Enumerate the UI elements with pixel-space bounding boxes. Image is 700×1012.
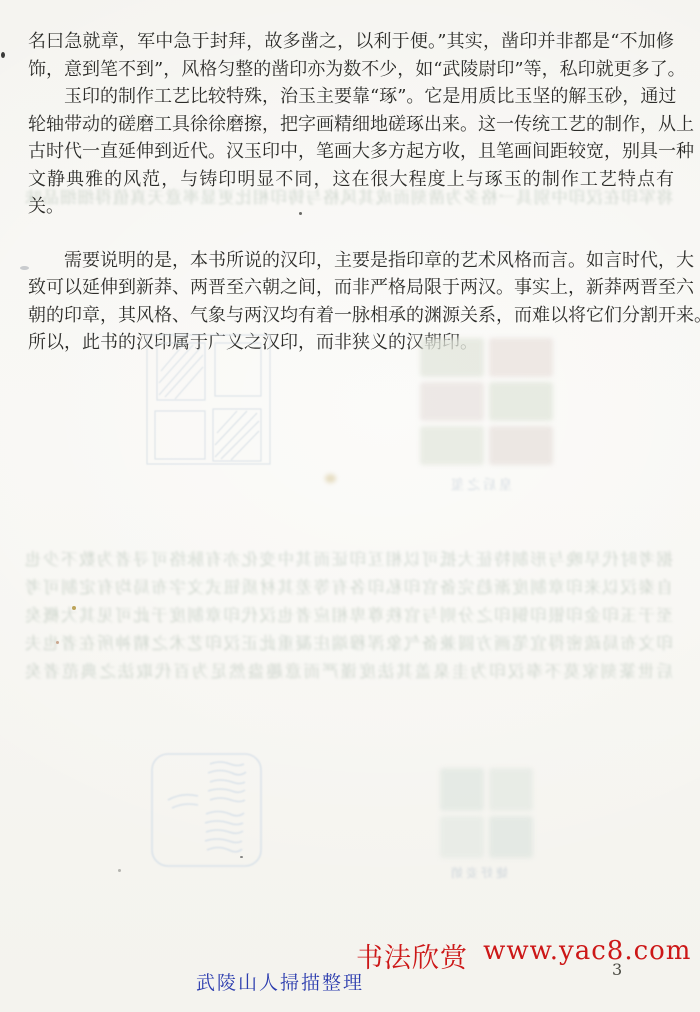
scan-smudge [325, 474, 336, 483]
paragraph-2: 玉印的制作工艺比较特殊，治玉主要靠“琢”。它是用质比玉坚的解玉砂，通过 轮轴带动… [28, 83, 674, 221]
text-line: 名曰急就章，军中急于封拜，故多凿之，以利于便。”其实，凿印并非都是“不加修 [28, 28, 674, 56]
scan-speck [118, 869, 121, 872]
scan-speck [72, 606, 76, 610]
bleedthrough-line: 据考时代早晚与形制特征大抵可以相互印证而其中变化亦有脉络可寻者为数不少也 [25, 546, 673, 574]
scan-speck [56, 641, 59, 644]
seal-impression-ghost-top [420, 338, 553, 465]
seal-impression-ghost-bottom-left [150, 752, 263, 872]
text-line: 轮轴带动的磋磨工具徐徐磨擦，把字画精细地磋琢出来。这一传统工艺的制作，从上 [28, 111, 674, 139]
text-line: 饰，意到笔不到”，风格匀整的凿印亦为数不少，如“武陵尉印”等，私印就更多了。 [28, 56, 674, 84]
text-line: 玉印的制作工艺比较特殊，治玉主要靠“琢”。它是用质比玉坚的解玉砂，通过 [28, 83, 674, 111]
text-line: 朝的印章，其风格、气象与两汉均有着一脉相承的渊源关系，而难以将它们分割开来。 [28, 302, 674, 330]
bleedthrough-line: 至于玉印金印银印铜印之分则与官秩尊卑相应者也汉代印章制度于此可见其大概矣 [25, 602, 673, 630]
site-watermark: 书法欣赏 www.yac8.com [356, 936, 691, 975]
text-line: 需要说明的是，本书所说的汉印，主要是指印章的艺术风格而言。如言时代，大 [28, 247, 674, 275]
seal-impression-ghost-bottom-right [440, 768, 533, 858]
scanned-page: 将军印在汉印中别具一格多为凿刻而成其风格与铸印相比更显率意天真值得细细品味 名曰… [0, 0, 700, 1012]
paragraph-1: 名曰急就章，军中急于封拜，故多凿之，以利于便。”其实，凿印并非都是“不加修 饰，… [28, 28, 674, 83]
seal-wavy-icon [150, 752, 263, 868]
bleedthrough-line: 自秦汉以来印章制度渐趋完备官印私印各有等差其材质钮式文字布局均有定制可考 [25, 574, 673, 602]
text-line: 致可以延伸到新莽、两晋至六朝之间，而非严格局限于两汉。事实上，新莽两晋至六 [28, 274, 674, 302]
seal-caption-ghost: 皇后之玺 [448, 474, 512, 493]
bleedthrough-line: 后世篆刻家莫不奉汉印为圭臬盖其法度谨严而意趣盎然足为百代取法之典范者矣 [25, 658, 673, 686]
page-number: 3 [612, 960, 622, 979]
text-line: 所以，此书的汉印属于广义之汉印，而非狭义的汉朝印。 [28, 329, 674, 357]
body-text: 名曰急就章，军中急于封拜，故多凿之，以利于便。”其实，凿印并非都是“不加修 饰，… [28, 28, 674, 357]
text-line: 古时代一直延伸到近代。汉玉印中，笔画大多方起方收，且笔画间距较宽，别具一种 [28, 138, 674, 166]
bleedthrough-line: 印文布局疏密得宜笔画方圆兼备气象浑穆端庄凝重此正汉印艺术之精神所在者也夫 [25, 630, 673, 658]
scan-speck [240, 856, 243, 858]
paragraph-3: 需要说明的是，本书所说的汉印，主要是指印章的艺术风格而言。如言时代，大 致可以延… [28, 247, 674, 357]
site-name: 书法欣赏 [356, 943, 468, 974]
site-url: www.yac8.com [483, 936, 691, 966]
seal-caption-ghost: 婕妤妾娋 [448, 864, 508, 881]
text-line: 文静典雅的风范，与铸印明显不同，这在很大程度上与琢玉的制作工艺特点有关。 [28, 166, 674, 221]
scan-speck [1, 52, 5, 58]
bleedthrough-text-block: 据考时代早晚与形制特征大抵可以相互印证而其中变化亦有脉络可寻者为数不少也 自秦汉… [25, 546, 673, 686]
scanner-credit: 武陵山人掃描整理 [196, 968, 364, 995]
